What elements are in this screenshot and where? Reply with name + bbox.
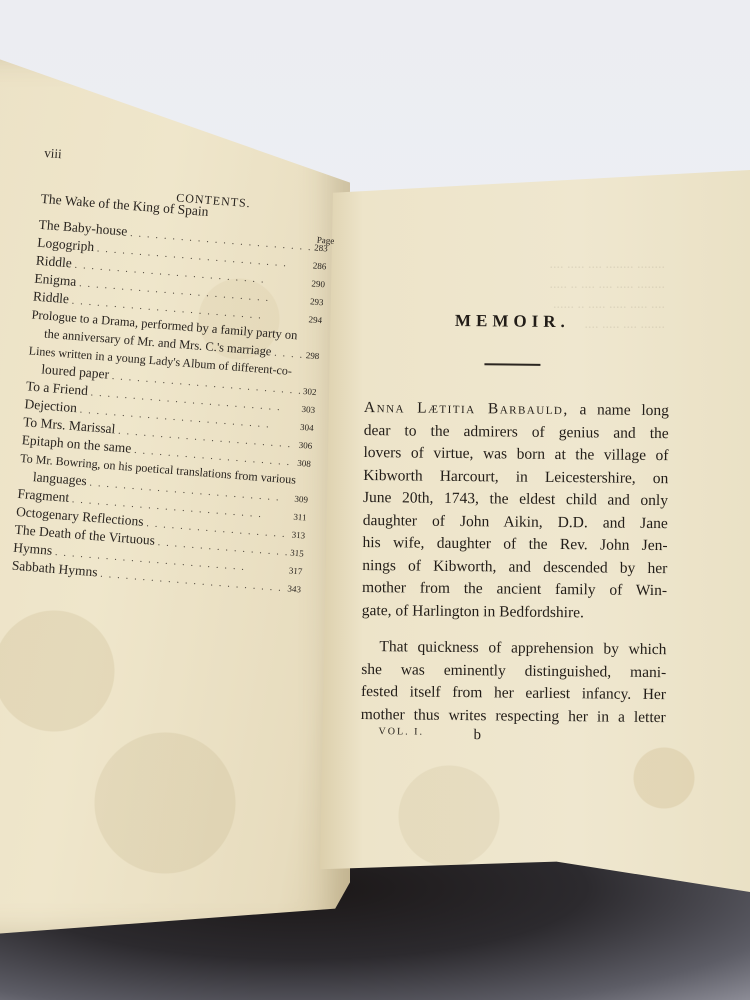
contents-list: The Wake of the King of Spain.......... …	[11, 190, 330, 598]
memoir-paragraph-1: Anna Lætitia Barbauld, a name long dear …	[362, 397, 669, 625]
signature-mark: b	[473, 727, 481, 744]
page-footer: VOL. I. b	[360, 726, 665, 746]
subject-name: Anna Lætitia Barbauld,	[364, 399, 569, 418]
memoir-title: MEMOIR.	[355, 310, 670, 333]
page-folio: viii	[44, 145, 63, 162]
volume-label: VOL. I.	[378, 726, 473, 744]
memoir-page: MEMOIR. Anna Lætitia Barbauld, a name lo…	[360, 310, 670, 746]
memoir-paragraph-2: That quickness of apprehension by which …	[361, 636, 667, 729]
title-rule-divider	[484, 363, 540, 366]
